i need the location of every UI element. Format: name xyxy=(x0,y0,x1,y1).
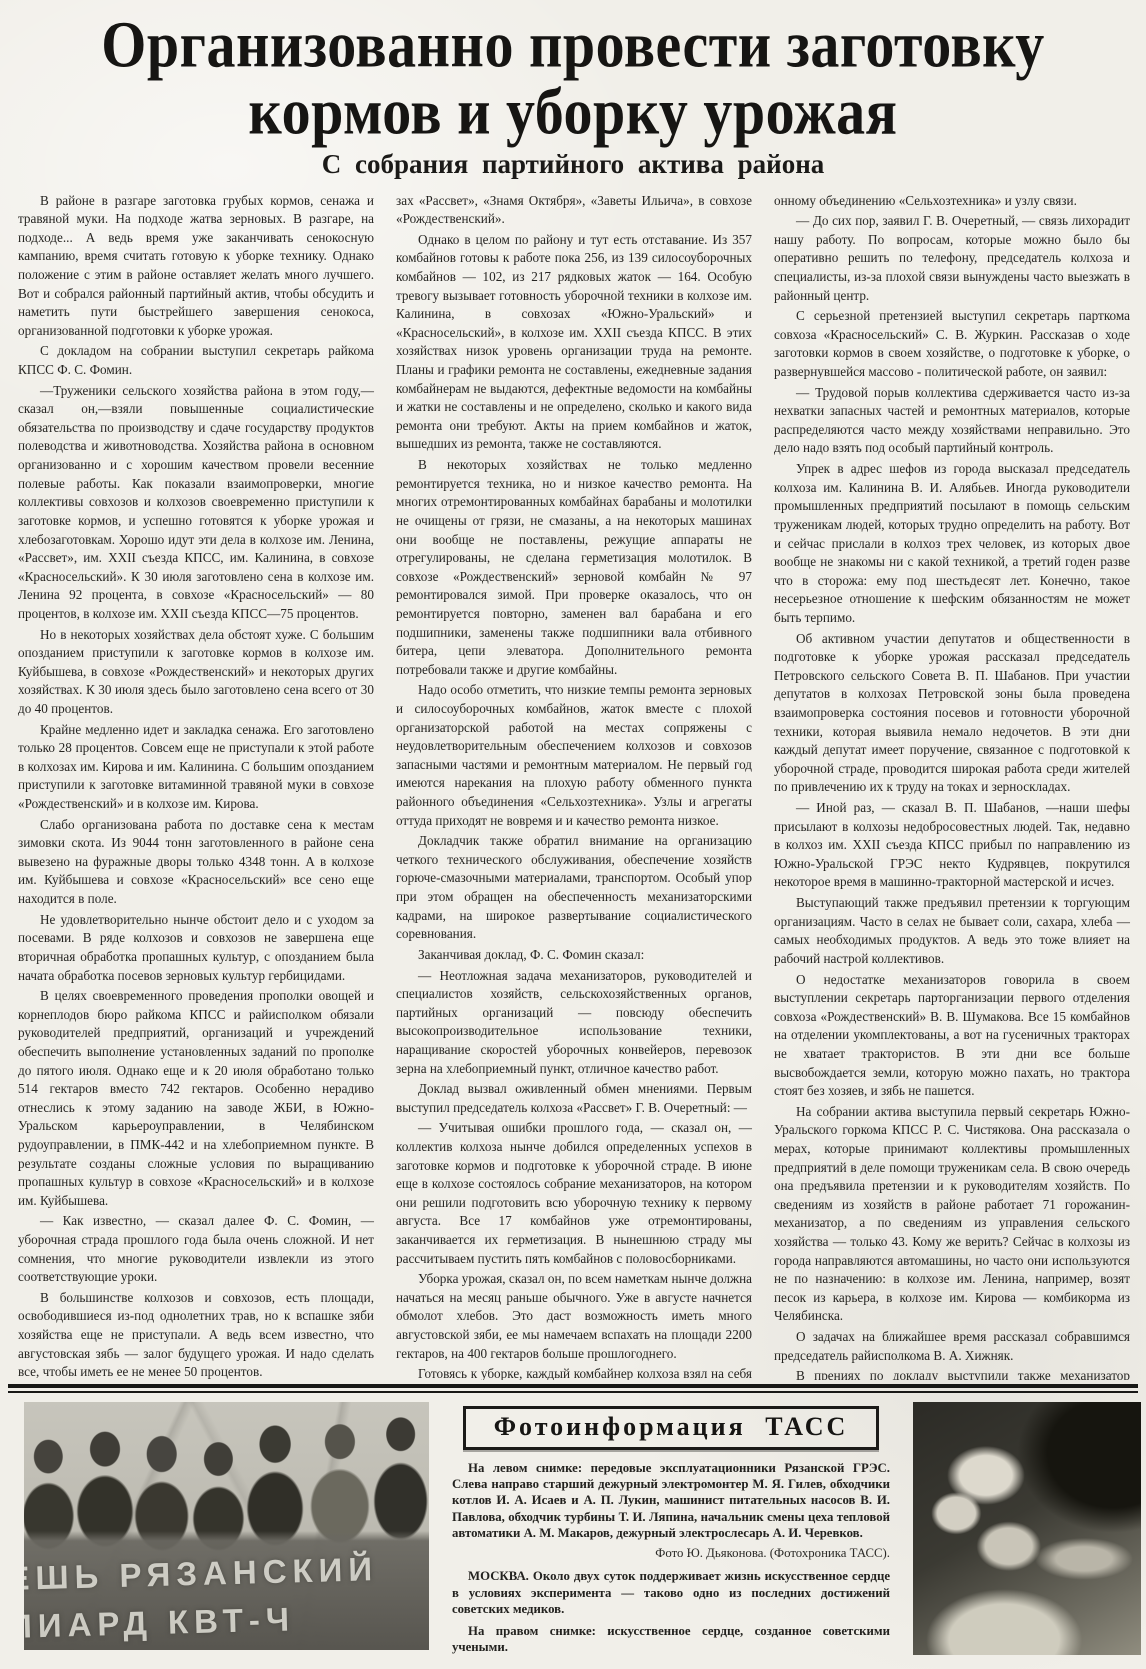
article-paragraph: Уборка урожая, сказал он, по всем наметк… xyxy=(396,1270,752,1363)
article-paragraph: В районе в разгаре заготовка грубых корм… xyxy=(18,192,374,341)
banner-slogan: ЕШЬ РЯЗАНСКИЙ ЛИАРД КВТ-Ч xyxy=(24,1545,380,1650)
article-paragraph: — Иной раз, — сказал В. П. Шабанов, —наш… xyxy=(774,799,1130,892)
article-paragraph: Выступающий также предъявил претензии к … xyxy=(774,894,1130,968)
subheadline: С собрания партийного актива района xyxy=(0,149,1146,180)
article-paragraph: — Неотложная задача механизаторов, руков… xyxy=(396,967,752,1079)
article-paragraph: Но в некоторых хозяйствах дела обстоят х… xyxy=(18,626,374,719)
article-paragraph: —Труженики сельского хозяйства района в … xyxy=(18,382,374,624)
right-photo-artificial-heart xyxy=(913,1402,1141,1655)
caption-right-photo: На правом снимке: искусственное сердце, … xyxy=(452,1623,890,1656)
banner-slogan-line-1: ЕШЬ РЯЗАНСКИЙ xyxy=(24,1550,379,1597)
photo-section: ЕШЬ РЯЗАНСКИЙ ЛИАРД КВТ-Ч Фотоинформация… xyxy=(0,1393,1146,1657)
article-paragraph: Слабо организована работа по доставке се… xyxy=(18,816,374,909)
article-paragraph: Об активном участии депутатов и обществе… xyxy=(774,630,1130,797)
article-paragraph: — Учитывая ошибки прошлого года, — сказа… xyxy=(396,1119,752,1268)
article-paragraph: О задачах на ближайшее время рассказал с… xyxy=(774,1328,1130,1365)
article-paragraph: — Трудовой порыв коллектива сдерживается… xyxy=(774,384,1130,458)
article-paragraph: Заканчивая доклад, Ф. С. Фомин сказал: xyxy=(396,946,752,965)
left-photo-workers: ЕШЬ РЯЗАНСКИЙ ЛИАРД КВТ-Ч xyxy=(24,1402,429,1650)
article-paragraph: Докладчик также обратил внимание на орга… xyxy=(396,832,752,944)
masthead: Организованно провести заготовку кормов … xyxy=(0,0,1146,180)
headline: Организованно провести заготовку кормов … xyxy=(0,6,1146,141)
article-column-1: В районе в разгаре заготовка грубых корм… xyxy=(18,192,374,1380)
article-paragraph: Надо особо отметить, что низкие темпы ре… xyxy=(396,681,752,830)
article-paragraph: Готовясь к уборке, каждый комбайнер колх… xyxy=(396,1365,752,1379)
article-paragraph: Не удовлетворительно нынче обстоит дело … xyxy=(18,911,374,985)
article-paragraph: Упрек в адрес шефов из города высказал п… xyxy=(774,460,1130,627)
caption-left-photo: На левом снимке: передовые эксплуатацион… xyxy=(452,1460,890,1542)
article-paragraph: — До сих пор, заявил Г. В. Очеретный, — … xyxy=(774,212,1130,305)
article-paragraph: Однако в целом по району и тут есть отст… xyxy=(396,231,752,454)
photo-captions: Фотоинформация ТАСС На левом снимке: пер… xyxy=(442,1402,900,1657)
article-column-2: зах «Рассвет», «Знамя Октября», «Заветы … xyxy=(396,192,752,1380)
article-paragraph: — Как известно, — сказал далее Ф. С. Фом… xyxy=(18,1212,374,1286)
article-paragraph: На собрании актива выступила первый секр… xyxy=(774,1103,1130,1326)
banner-slogan-line-2: ЛИАРД КВТ-Ч xyxy=(24,1600,295,1644)
article-paragraph: С докладом на собрании выступил секретар… xyxy=(18,342,374,379)
article-body: В районе в разгаре заготовка грубых корм… xyxy=(0,180,1146,1380)
article-paragraph: В целях своевременного проведения пропол… xyxy=(18,987,374,1210)
article-paragraph: С серьезной претензией выступил секретар… xyxy=(774,307,1130,381)
photo-credit-left: Фото Ю. Дьяконова. (Фотохроника ТАСС). xyxy=(452,1546,890,1562)
tass-box-title: Фотоинформация ТАСС xyxy=(463,1406,880,1450)
section-divider xyxy=(8,1384,1138,1393)
article-paragraph: В большинстве колхозов и совхозов, есть … xyxy=(18,1289,374,1380)
article-paragraph: В прениях по докладу выступили также мех… xyxy=(774,1367,1130,1379)
article-paragraph: Доклад вызвал оживленный обмен мнениями.… xyxy=(396,1080,752,1117)
article-column-3: онному объединению «Сельхозтехника» и уз… xyxy=(774,192,1130,1380)
article-paragraph: В некоторых хозяйствах не только медленн… xyxy=(396,456,752,679)
article-paragraph: онному объединению «Сельхозтехника» и уз… xyxy=(774,192,1130,211)
article-paragraph: Крайне медленно идет и закладка сенажа. … xyxy=(18,721,374,814)
newspaper-page: Организованно провести заготовку кормов … xyxy=(0,0,1146,1669)
headline-line-1: Организованно провести заготовку xyxy=(101,6,1045,83)
article-paragraph: О недостатке механизаторов говорила в св… xyxy=(774,971,1130,1101)
headline-line-2: кормов и уборку урожая xyxy=(248,73,897,150)
article-paragraph: зах «Рассвет», «Знамя Октября», «Заветы … xyxy=(396,192,752,229)
caption-moscow: МОСКВА. Около двух суток поддерживает жи… xyxy=(452,1568,890,1617)
